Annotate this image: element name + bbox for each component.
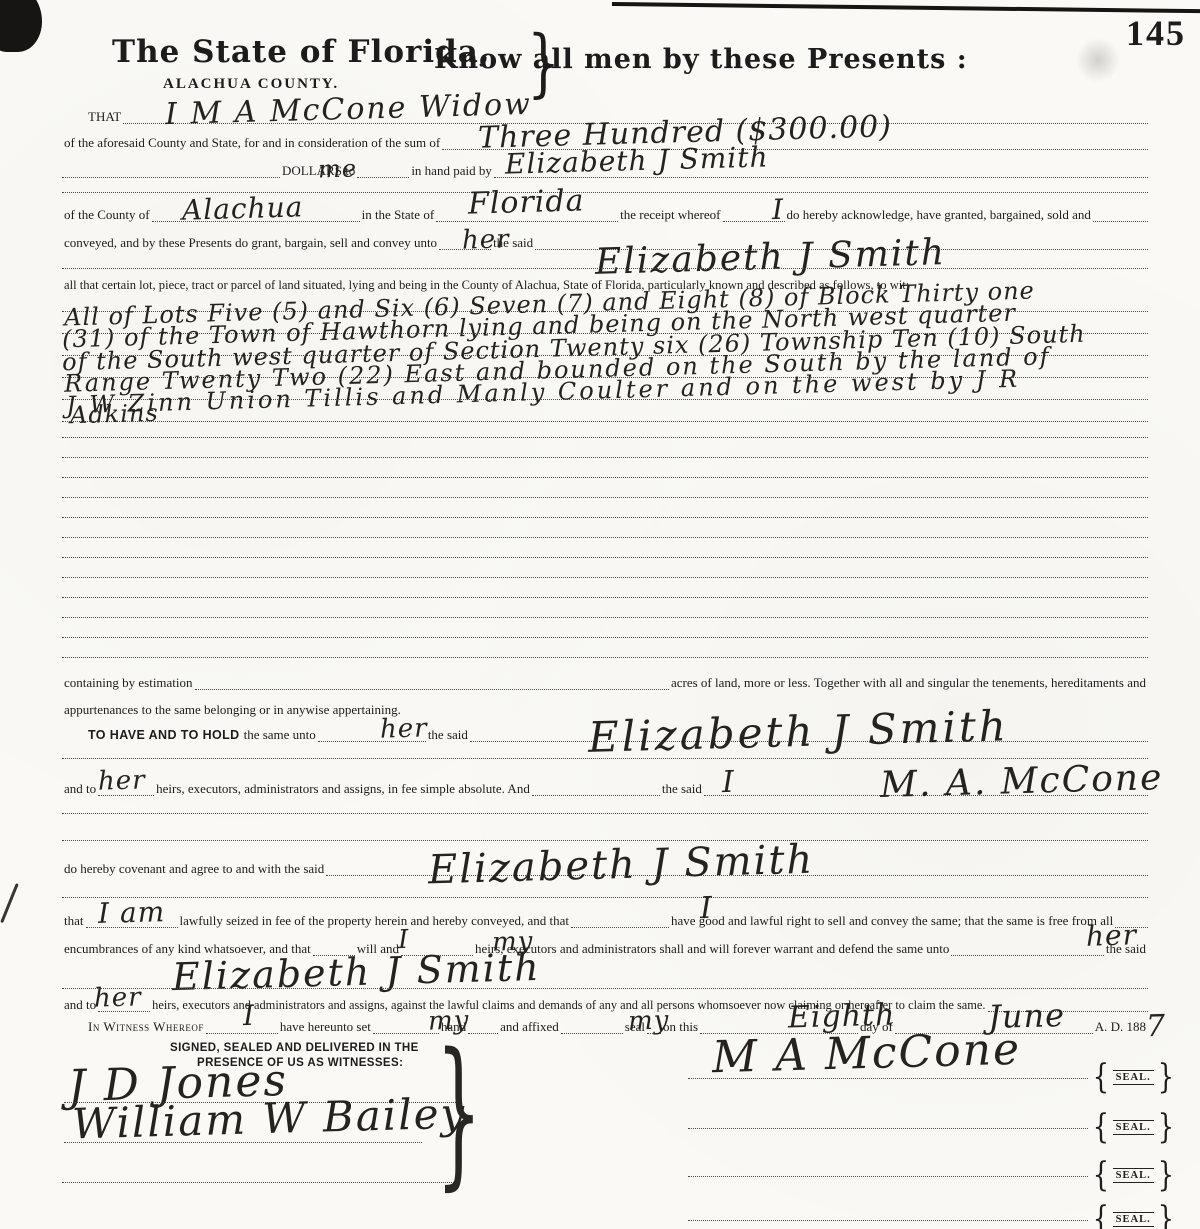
dotted-fill: [1093, 219, 1148, 222]
seal-mark-1: { SEAL. }: [1090, 1060, 1176, 1094]
dotted-fill: [62, 175, 280, 178]
county-of-label: of the County of: [62, 208, 152, 222]
dotted-fill: [951, 953, 1104, 956]
witness-brace: }: [436, 1032, 482, 1192]
my2-handwriting: my: [628, 1007, 670, 1034]
and-pronoun-handwriting: I: [722, 768, 736, 798]
blank-rule: [62, 758, 1148, 759]
seal-brace-left: {: [1093, 1060, 1109, 1094]
the-said-label: the said: [660, 782, 704, 796]
and-to-label2: and to: [62, 998, 98, 1012]
heirs2-pronoun-handwriting: her: [94, 984, 142, 1011]
right-pronoun-handwriting: I: [700, 894, 714, 924]
description-rule: [62, 421, 1148, 422]
grantor-sig1-handwriting: M. A. McCone: [880, 760, 1164, 804]
blank-rule: [62, 577, 1148, 578]
payer-handwriting: Elizabeth J Smith: [505, 143, 769, 178]
blank-rule: [62, 637, 1148, 638]
scan-edge-top: [612, 2, 1200, 13]
warrant-pronoun-handwriting: her: [1086, 921, 1138, 950]
dotted-fill: [571, 925, 669, 928]
seized-text: lawfully seized in fee of the property h…: [178, 914, 571, 928]
deed-page: 145 The State of Florida, ALACHUA COUNTY…: [0, 0, 1200, 1229]
hold-grantee-handwriting: Elizabeth J Smith: [587, 705, 1009, 759]
seal-brace-right: }: [1157, 1202, 1173, 1229]
to-have-label: TO HAVE AND TO HOLD: [86, 729, 242, 742]
seal-brace-right: }: [1157, 1158, 1173, 1192]
paid-by-label: in hand paid by: [409, 164, 494, 178]
seal-label: SEAL.: [1113, 1168, 1154, 1183]
blank-rule: [62, 597, 1148, 598]
signature-rule: [688, 1220, 1088, 1221]
signature-rule: [688, 1176, 1088, 1177]
year-digit-handwriting: 7: [1146, 1012, 1167, 1043]
sum-lead: of the aforesaid County and State, for a…: [62, 136, 442, 150]
blank-rule: [62, 457, 1148, 458]
scan-smudge: [1072, 38, 1124, 82]
blank-rule: [62, 840, 1148, 841]
witness-pronoun-handwriting: I: [243, 1002, 256, 1030]
acknowledge-text: do hereby acknowledge, have granted, bar…: [785, 208, 1093, 222]
set-text: have hereunto set: [278, 1020, 373, 1034]
seal-mark-3: { SEAL. }: [1090, 1158, 1176, 1192]
blank-rule: [62, 497, 1148, 498]
convey-lead: conveyed, and by these Presents do grant…: [62, 236, 439, 250]
stray-pen-mark: [0, 883, 18, 923]
seal-brace-left: {: [1093, 1158, 1109, 1192]
dollars-to-handwriting: me: [318, 156, 358, 181]
warrant-text: heirs, executors and administrators shal…: [473, 942, 951, 956]
dotted-fill: [532, 793, 660, 796]
witness-rule: [62, 1182, 456, 1183]
blank-rule: [62, 988, 1148, 989]
signature-rule: [688, 1128, 1088, 1129]
witness-rule: [64, 1142, 422, 1143]
blank-rule: [62, 813, 1148, 814]
containing-line: containing by estimation acres of land, …: [62, 673, 1148, 690]
right-text: have good and lawful right to sell and c…: [669, 914, 1115, 928]
affixed-label: and affixed: [498, 1020, 561, 1034]
seal-brace-left: {: [1093, 1110, 1109, 1144]
grantee-handwriting: Elizabeth J Smith: [595, 235, 947, 281]
convey-pronoun-handwriting: her: [462, 226, 510, 253]
blank-rule: [62, 268, 1148, 269]
heirs1-text: heirs, executors, administrators and ass…: [154, 782, 532, 796]
blank-rule: [62, 617, 1148, 618]
acres-text: acres of land, more or less. Together wi…: [669, 676, 1148, 690]
seized-line: that lawfully seized in fee of the prope…: [62, 911, 1148, 928]
blank-rule: [62, 897, 1148, 898]
ad-label: A. D. 188: [1093, 1020, 1148, 1034]
appurtenances-text: appurtenances to the same belonging or i…: [62, 703, 403, 717]
seal-label: SEAL.: [1113, 1212, 1154, 1227]
blank-rule: [62, 657, 1148, 658]
blank-rule: [62, 557, 1148, 558]
seal-label: SEAL.: [1113, 1120, 1154, 1135]
the-said-label: the said: [426, 728, 470, 742]
covenant-grantee-handwriting: Elizabeth J Smith: [428, 840, 815, 891]
seal-label: SEAL.: [1113, 1070, 1154, 1085]
county-subtitle: ALACHUA COUNTY.: [163, 76, 339, 93]
state-of-label: in the State of: [360, 208, 437, 222]
hold-pronoun-handwriting: her: [380, 715, 428, 742]
witness2-signature: William W Bailey: [71, 1093, 466, 1146]
seal-brace-right: }: [1157, 1110, 1173, 1144]
covenant-lead: do hereby covenant and agree to and with…: [62, 862, 326, 876]
dotted-fill: [561, 1031, 623, 1034]
signed-line-1: SIGNED, SEALED AND DELIVERED IN THE: [170, 1042, 419, 1054]
containing-label: containing by estimation: [62, 676, 195, 690]
seal-mark-2: { SEAL. }: [1090, 1110, 1176, 1144]
dotted-fill: [195, 687, 669, 690]
receipt-pronoun-handwriting: I: [772, 196, 785, 224]
description-line-6: Adkins: [70, 401, 159, 427]
proclamation: Know all men by these Presents :: [434, 44, 968, 75]
blank-rule: [62, 517, 1148, 518]
heirs1-pronoun-handwriting: her: [98, 767, 146, 794]
signature-rule: [688, 1078, 1088, 1079]
seized-pronoun-handwriting: I am: [98, 898, 166, 928]
that-label2: that: [62, 914, 86, 928]
seal-mark-4: { SEAL. }: [1090, 1202, 1176, 1229]
dotted-fill: [357, 175, 409, 178]
seal-brace-right: }: [1157, 1060, 1173, 1094]
same-unto-label: the same unto: [242, 728, 318, 742]
blank-rule: [62, 437, 1148, 438]
county-handwriting: Alachua: [182, 193, 304, 224]
grantor-signature: M A McCone: [711, 1028, 1021, 1081]
dotted-fill: [206, 1031, 278, 1034]
blank-rule: [62, 477, 1148, 478]
receipt-label: the receipt whereof: [618, 208, 722, 222]
and-to-label: and to: [62, 782, 98, 796]
scan-blob-topleft: [0, 0, 42, 52]
that-label: THAT: [86, 110, 123, 124]
seal-brace-left: {: [1093, 1202, 1109, 1229]
in-witness-label: In Witness Whereof: [86, 1020, 206, 1034]
state-handwriting: Florida: [468, 186, 585, 219]
heirs-line-2: and to heirs, executors and administrato…: [62, 995, 1148, 1012]
page-number: 145: [1126, 12, 1186, 54]
blank-rule: [62, 537, 1148, 538]
